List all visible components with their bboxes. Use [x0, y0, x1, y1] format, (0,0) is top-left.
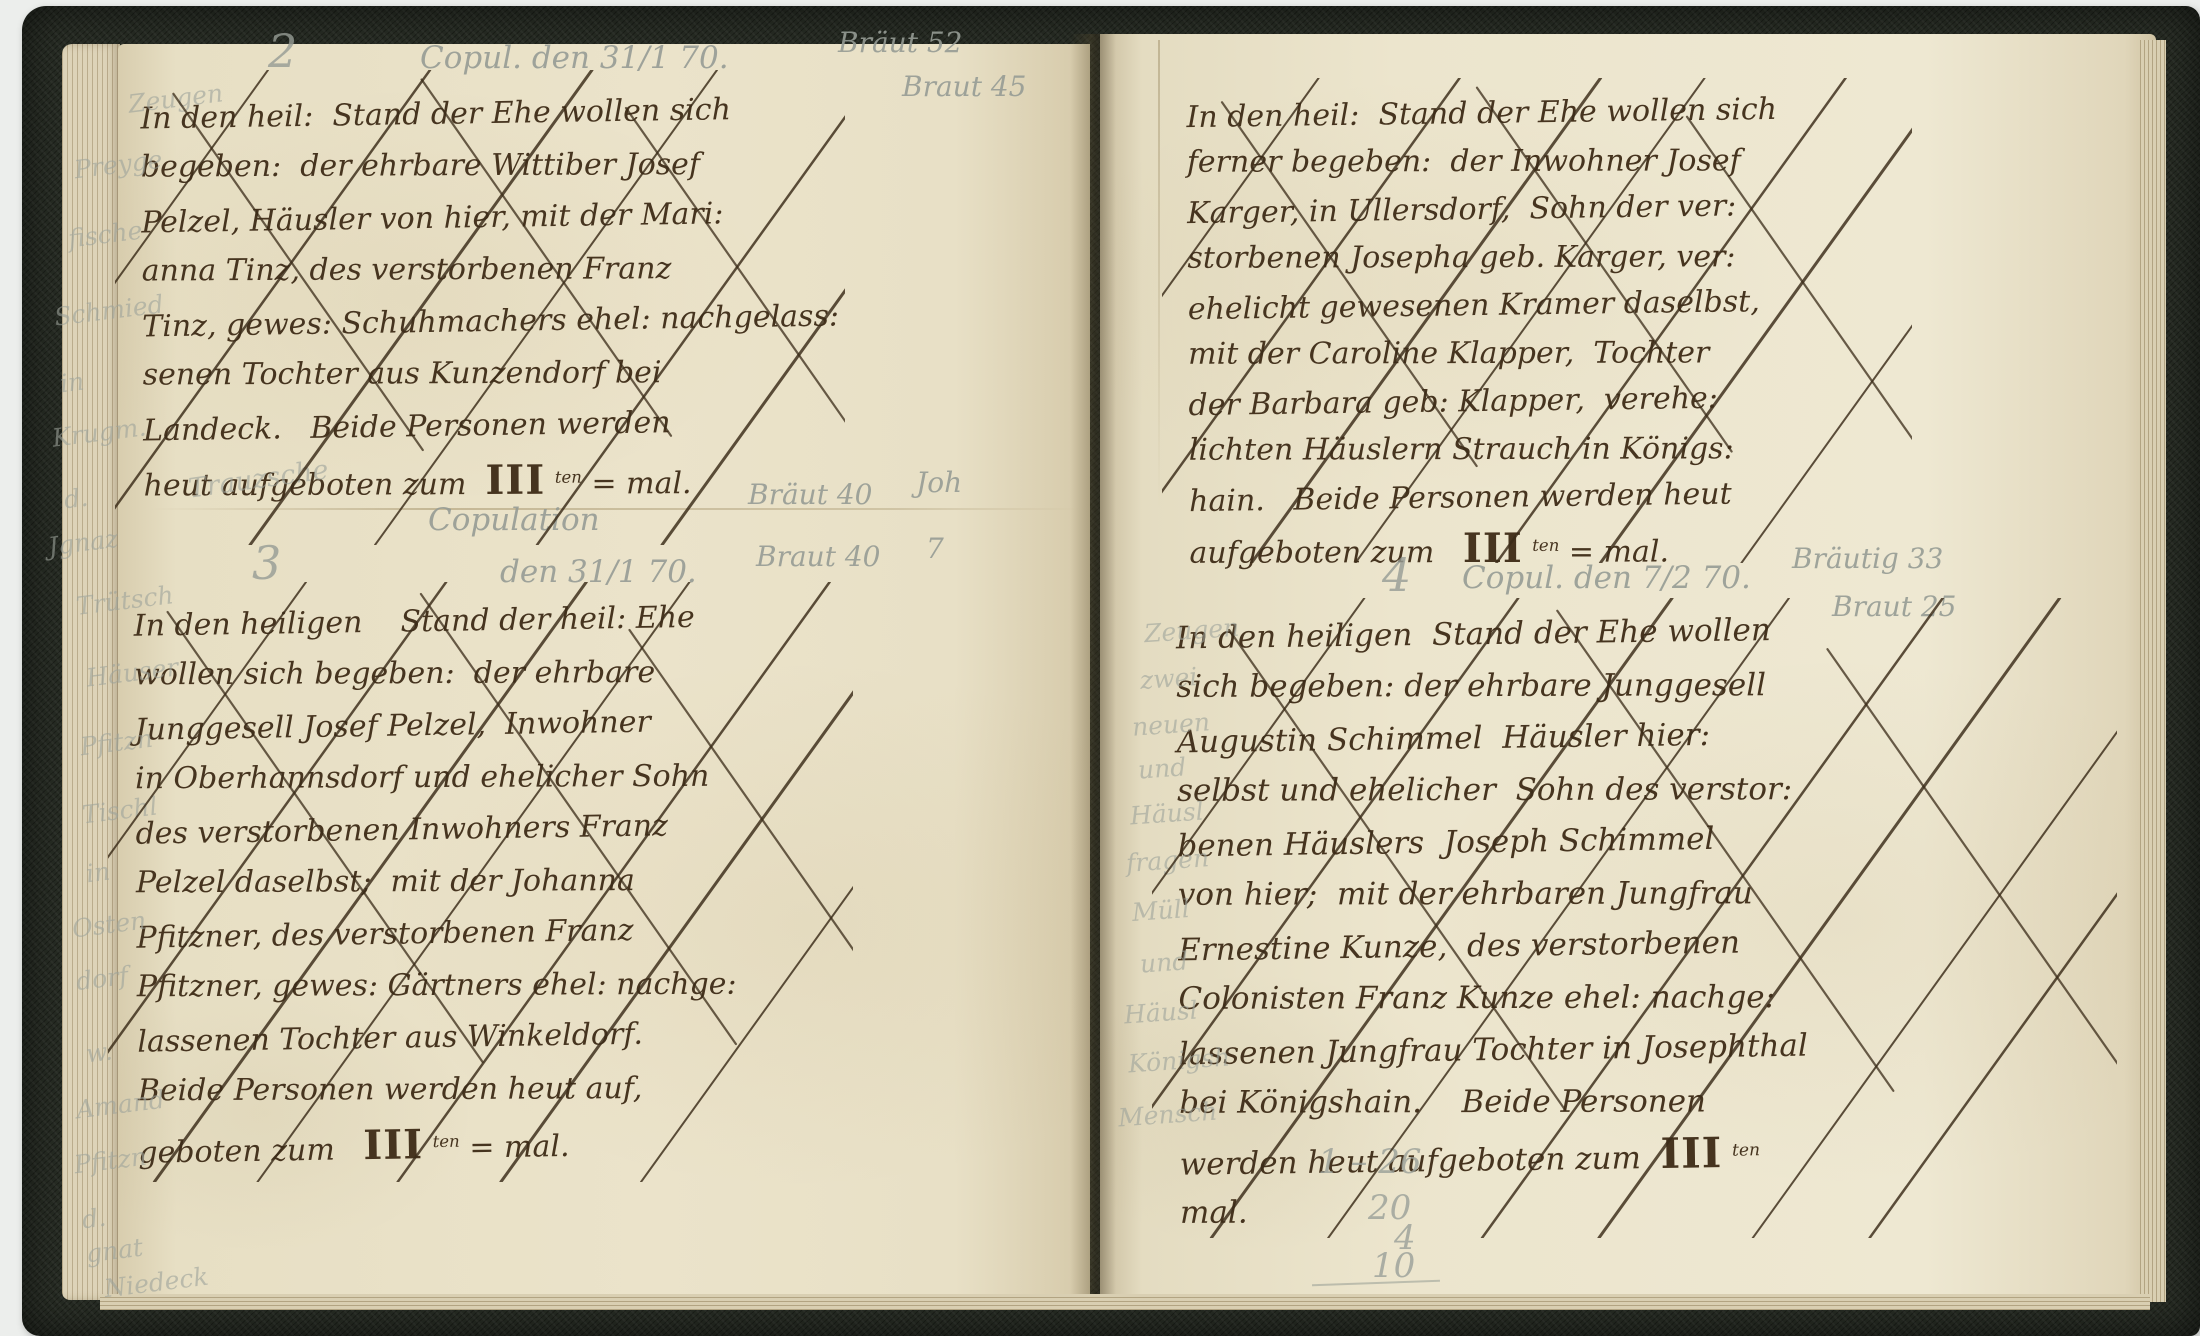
pencil-margin-note: in [84, 857, 111, 889]
pencil-groom-age-4: Bräutig 33 [1792, 542, 1943, 575]
pencil-note-7: 7 [926, 532, 944, 565]
manuscript-line: lassenen Tochter aus Winkeldorf. [137, 1007, 737, 1068]
pencil-note-joh: Joh [916, 466, 962, 499]
entry-2-text: In den heil: Stand der Ehe wollen sichbe… [140, 85, 840, 514]
pencil-copulation-date-2: Copul. den 31/1 70. [420, 40, 729, 76]
pencil-bride-age-4: Braut 25 [1832, 590, 1956, 623]
register-book-photo: 2 Copul. den 31/1 70. Bräut 52 Braut 45 … [0, 0, 2200, 1336]
pencil-margin-note: in [58, 367, 85, 399]
pencil-copulation-label: Copulation [428, 502, 600, 538]
manuscript-line: Colonisten Franz Kunze ehel: nachge: [1178, 971, 1807, 1025]
pencil-margin-note: und [1139, 946, 1189, 978]
manuscript-line: In den heiligen Stand der heil: Ehe [133, 591, 733, 652]
pencil-margin-note: fragen [1125, 843, 1210, 878]
manuscript-line: ferner begeben: der Inwohner Josef [1187, 137, 1778, 187]
pencil-margin-note: w. [84, 1037, 114, 1069]
entry-3-text: In den heiligen Stand der heil: Ehewolle… [133, 593, 738, 1177]
manuscript-line: mal. [1180, 1185, 1809, 1239]
entry-4-text: In den heiligen Stand der Ehe wollensich… [1176, 606, 1809, 1241]
manuscript-line: In den heiligen Stand der Ehe wollen [1176, 604, 1806, 665]
manuscript-line: bei Königshain. Beide Personen [1179, 1075, 1808, 1129]
pencil-tally-number: 10 [1372, 1246, 1415, 1286]
pencil-entry-number-2: 2 [268, 24, 297, 78]
pencil-groom-age-3: Bräut 40 [748, 478, 872, 511]
manuscript-line: lassenen Jungfrau Tochter in Josephthal [1179, 1020, 1809, 1081]
manuscript-line: anna Tinz, des verstorbenen Franz [142, 242, 839, 297]
pencil-margin-note: d. [62, 483, 89, 515]
manuscript-line: begeben: der ehrbare Wittiber Josef [141, 138, 838, 193]
manuscript-line: Pelzel daselbst; mit der Johanna [136, 855, 736, 910]
pencil-margin-note: d. [80, 1203, 107, 1235]
pencil-margin-note: Häusl [1129, 796, 1204, 830]
manuscript-line: senen Tochter aus Kunzendorf bei [143, 346, 840, 401]
manuscript-line: In den heil: Stand der Ehe wollen sich [1186, 86, 1777, 142]
manuscript-line: Augustin Schimmel Häusler hier: [1176, 708, 1806, 769]
manuscript-line: Karger, in Ullersdorf, Sohn der ver: [1187, 182, 1778, 238]
pencil-margin-note: Müll [1131, 894, 1191, 927]
manuscript-line: sich begeben: der ehrbare Junggesell [1176, 659, 1805, 713]
manuscript-line: Tinz, gewes: Schuhmachers ehel: nachgela… [142, 291, 840, 354]
pencil-entry-number-3: 3 [252, 536, 281, 590]
pencil-margin-note: zwei [1139, 662, 1198, 695]
page-edges-right [2140, 40, 2166, 1302]
pencil-margin-note: neuen [1131, 707, 1211, 741]
manuscript-line: hain. Beide Personen werden heut [1189, 470, 1780, 526]
pencil-tally-number: 1 – 26 [1318, 1142, 1422, 1182]
manuscript-line: Junggesell Josef Pelzel, Inwohner [134, 695, 734, 756]
paper-fold [1158, 40, 1160, 510]
manuscript-line: ehelicht gewesenen Kramer daselbst, [1188, 278, 1779, 334]
manuscript-line: Pelzel, Häusler von hier, mit der Mari: [141, 187, 839, 250]
manuscript-line: geboten zum III ten = mal. [138, 1111, 739, 1179]
pencil-bride-age-3: Braut 40 [756, 540, 880, 573]
manuscript-line: des verstorbenen Inwohners Franz [135, 799, 735, 860]
pencil-copulation-date-3: den 31/1 70. [500, 554, 697, 590]
page-edges-bottom [100, 1294, 2150, 1310]
manuscript-line: von hier; mit der ehrbaren Jungfrau [1178, 867, 1807, 921]
pencil-bride-age-2: Braut 45 [902, 70, 1026, 103]
pencil-margin-note: Häusl [1123, 995, 1198, 1029]
pencil-entry-number-4: 4 [1382, 548, 1411, 602]
manuscript-line: storbenen Josepha geb. Karger, ver: [1187, 233, 1778, 283]
manuscript-line: Beide Personen werden heut auf, [138, 1063, 738, 1118]
manuscript-line: werden heut aufgeboten zum III ten [1179, 1124, 1809, 1191]
pencil-margin-note: und [1137, 752, 1187, 784]
manuscript-line: Landeck. Beide Personen werden [143, 395, 841, 458]
manuscript-line: mit der Caroline Klapper, Tochter [1188, 329, 1779, 379]
manuscript-line: lichten Häuslern Strauch in Königs: [1189, 425, 1780, 475]
manuscript-line: Pfitzner, des verstorbenen Franz [136, 903, 736, 964]
manuscript-line: selbst und ehelicher Sohn des verstor: [1177, 763, 1806, 817]
book-gutter [1070, 34, 1116, 1302]
manuscript-line: Ernestine Kunze, des verstorbenen [1178, 916, 1808, 977]
manuscript-line: benen Häuslers Joseph Schimmel [1177, 812, 1807, 873]
pencil-copulation-date-4: Copul. den 7/2 70. [1462, 560, 1751, 596]
manuscript-line: wollen sich begeben: der ehrbare [134, 647, 734, 702]
manuscript-line: der Barbara geb: Klapper, verehe: [1188, 374, 1779, 430]
manuscript-line: In den heil: Stand der Ehe wollen sich [140, 83, 838, 146]
manuscript-line: in Oberhannsdorf und ehelicher Sohn [135, 751, 735, 806]
manuscript-line: Pfitzner, gewes: Gärtners ehel: nachge: [137, 959, 737, 1014]
right-entry-top-text: In den heil: Stand der Ehe wollen sichfe… [1186, 88, 1780, 579]
pencil-groom-age-2: Bräut 52 [838, 26, 962, 59]
